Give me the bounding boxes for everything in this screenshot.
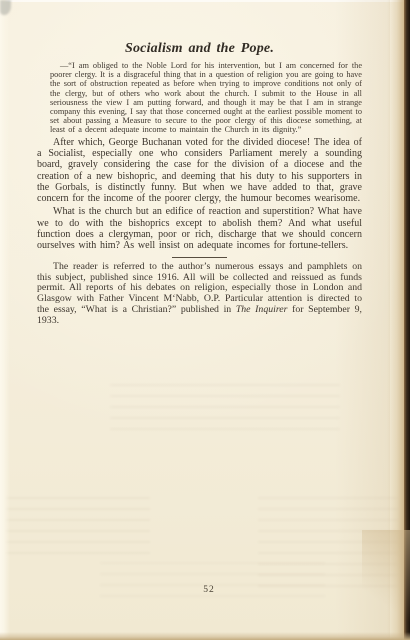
page-left-edge — [0, 0, 10, 640]
page-title: Socialism and the Pope. — [37, 41, 362, 57]
publishers-note-paragraph: The reader is referred to the author’s n… — [37, 262, 362, 327]
page-corner-curl — [362, 530, 410, 640]
reverse-side-showthrough — [0, 497, 150, 563]
publication-title: The Inquirer — [236, 304, 288, 315]
reverse-side-showthrough — [110, 384, 340, 436]
page-text-block: Socialism and the Pope. —“I am obliged t… — [37, 0, 362, 327]
page-bottom-edge — [0, 632, 410, 640]
body-paragraph: What is the church but an edifice of rea… — [37, 206, 362, 251]
block-quote: —“I am obliged to the Noble Lord for his… — [50, 61, 362, 135]
reverse-side-showthrough — [100, 562, 325, 602]
section-divider — [172, 257, 227, 258]
body-paragraph: After which, George Buchanan voted for t… — [37, 137, 362, 205]
